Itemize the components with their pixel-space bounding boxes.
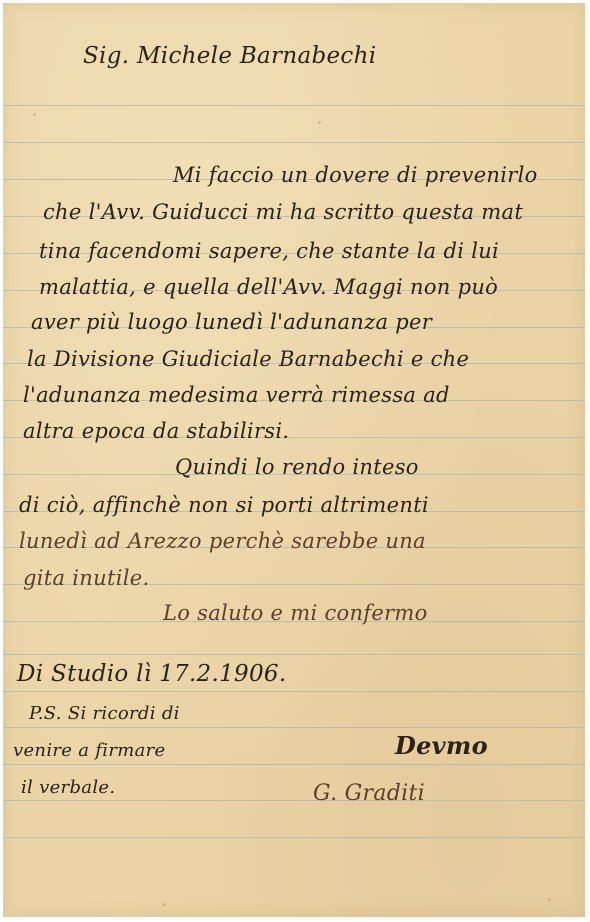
postscript-line: venire a firmare bbox=[13, 740, 165, 761]
ruled-line bbox=[3, 142, 585, 143]
postscript-line: il verbale. bbox=[21, 777, 115, 798]
body-line: l'adunanza medesima verrà rimessa ad bbox=[23, 383, 450, 407]
ruled-line bbox=[3, 800, 585, 801]
postscript-line: P.S. Si ricordi di bbox=[29, 703, 180, 724]
body-line: la Divisione Giudiciale Barnabechi e che bbox=[27, 347, 469, 371]
body-line: aver più luogo lunedì l'adunanza per bbox=[31, 310, 432, 334]
ruled-line bbox=[3, 727, 585, 728]
body-line: di ciò, affinchè non si porti altrimenti bbox=[19, 493, 429, 517]
body-line: lunedì ad Arezzo perchè sarebbe una bbox=[19, 529, 426, 553]
body-line: Quindi lo rendo inteso bbox=[175, 455, 419, 479]
body-line: Mi faccio un dovere di prevenirlo bbox=[173, 163, 538, 187]
paper-speck bbox=[548, 898, 551, 901]
body-line: gita inutile. bbox=[23, 566, 149, 590]
ruled-line bbox=[3, 837, 585, 838]
dateline: Di Studio lì 17.2.1906. bbox=[17, 661, 286, 687]
paper-speck bbox=[318, 121, 321, 124]
ruled-line bbox=[3, 654, 585, 655]
body-line: altra epoca da stabilirsi. bbox=[23, 419, 289, 443]
ruled-line bbox=[3, 764, 585, 765]
closing-formula: Lo saluto e mi confermo bbox=[163, 601, 428, 625]
letter-page: Sig. Michele Barnabechi Mi faccio un dov… bbox=[3, 3, 585, 917]
ruled-line bbox=[3, 105, 585, 106]
paper-speck bbox=[163, 903, 166, 906]
closing-devmo: Devmo bbox=[395, 731, 488, 760]
body-line: tina facendomi sapere, che stante la di … bbox=[39, 239, 499, 263]
paper-speck bbox=[33, 113, 36, 116]
body-line: malattia, e quella dell'Avv. Maggi non p… bbox=[39, 275, 498, 299]
signature: G. Graditi bbox=[313, 781, 425, 806]
salutation: Sig. Michele Barnabechi bbox=[83, 43, 376, 69]
body-line: che l'Avv. Guiducci mi ha scritto questa… bbox=[43, 200, 523, 224]
ruled-line bbox=[3, 691, 585, 692]
